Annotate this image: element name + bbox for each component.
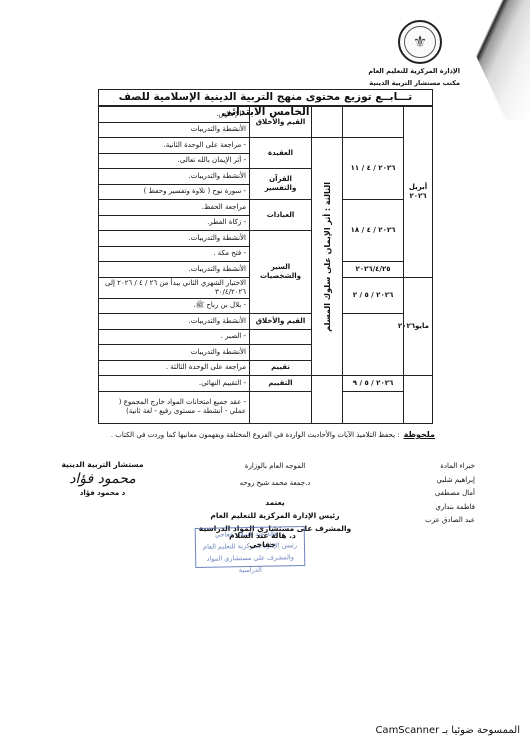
page-fold-shadow xyxy=(450,0,530,120)
approve-label: يعتمد xyxy=(190,496,360,509)
lesson-cell: - سورة نوح ( تلاوة وتفسير وحفظ ) xyxy=(99,184,250,200)
org-line-2: مكتب مستشار التربية الدينية xyxy=(380,79,460,88)
advisor-signature: محمود فؤاد xyxy=(40,471,165,487)
branch-cell: العبادات xyxy=(250,200,312,231)
table-row: - عقد جميع امتحانات المواد خارج المجموع … xyxy=(99,391,433,423)
note: ملحوظة: يحفظ التلاميذ الآيات والأحاديث ا… xyxy=(120,430,435,439)
expert-name: عبد الصادق عزب xyxy=(395,514,475,528)
date-cell: ٢٠٢٦ / ٤ / ١١ xyxy=(343,138,404,200)
date-cell: ٢٠٢٦ / ٥ / ٩ xyxy=(343,376,404,392)
branch-cell: القيم والأخلاق xyxy=(250,107,312,138)
approver-name: د. هالة عبد السلام خفاجي xyxy=(215,531,310,549)
lesson-cell: مراجعة على الوحدة الثالثة . xyxy=(99,360,250,376)
header-logo-block: الإدارة المركزية للتعليم العام مكتب مستش… xyxy=(380,20,460,88)
lesson-cell: الأنشطة والتدريبات. xyxy=(99,262,250,278)
lesson-cell: الأنشطة والتدريبات. xyxy=(99,169,250,185)
lesson-cell: الأنشطة والتدريبات xyxy=(99,345,250,361)
date-cell: ٢٠٢٦ / ٤ / ١٨ xyxy=(343,200,404,262)
approver-role-1: رئيس الإدارة المركزية للتعليم العام xyxy=(190,509,360,522)
expert-name: إبراهيم شلبي xyxy=(395,474,475,488)
branch-cell-empty xyxy=(250,345,312,361)
date-cell: ٢٠٢٦/٤/٢٥ xyxy=(343,262,404,278)
branch-cell-empty xyxy=(250,391,312,423)
advisor-name: د محمود فؤاد xyxy=(40,489,165,497)
table-row: ٢٠٢٦ / ٤ / ١١ الثالثة : أثر الإيمان على … xyxy=(99,138,433,154)
lesson-cell: - أثر الإيمان بالله تعالى. xyxy=(99,153,250,169)
unit-title: الثالثة : أثر الإيمان على سلوك المسلم xyxy=(323,182,332,332)
org-line-1: الإدارة المركزية للتعليم العام xyxy=(380,67,460,76)
month-cell-may: مايو٢٠٢٦ xyxy=(404,277,433,376)
ministry-emblem-icon xyxy=(398,20,442,64)
unit-cell-empty xyxy=(312,376,343,424)
branch-cell-empty xyxy=(250,329,312,345)
note-text: : يحفظ التلاميذ الآيات والأحاديث الواردة… xyxy=(111,431,400,439)
note-label: ملحوظة xyxy=(404,430,435,439)
document-title: تـــابــع توزيع محتوى منهج التربية الدين… xyxy=(98,89,433,106)
date-cell-empty xyxy=(343,107,404,138)
lesson-cell: - التقييم النهائي. xyxy=(99,376,250,392)
supervisor-name: د.جمعة محمد شيخ روحه xyxy=(190,477,360,490)
month-cell-empty xyxy=(404,376,433,424)
lesson-cell: الأنشطة والتدريبات. xyxy=(99,314,250,330)
date-cell-empty xyxy=(343,391,404,423)
supervisor-title: الموجه العام بالوزارة xyxy=(190,460,360,473)
lesson-cell: - زكاة الفطر. xyxy=(99,215,250,231)
branch-cell: التقييم xyxy=(250,376,312,392)
lesson-cell: الأنشطة والتدريبات xyxy=(99,122,250,138)
lesson-cell: - الصبر . xyxy=(99,329,250,345)
date-cell: ٢٠٢٦ / ٥ / ٢ xyxy=(343,277,404,314)
table-row: ٢٠٢٦ / ٥ / ٩ التقييم - التقييم النهائي. xyxy=(99,376,433,392)
lesson-cell: الأنشطة والتدريبات. xyxy=(99,231,250,247)
lesson-cell: مراجعة الحفظ. xyxy=(99,200,250,216)
lesson-cell: - الإخلاص. xyxy=(99,107,250,123)
curriculum-schedule-table: أبريل ٢٠٢٦ القيم والأخلاق - الإخلاص. الأ… xyxy=(98,106,433,424)
date-cell-empty xyxy=(343,314,404,376)
table-row: القيم والأخلاق الأنشطة والتدريبات. xyxy=(99,314,433,330)
supervisor-block: الموجه العام بالوزارة د.جمعة محمد شيخ رو… xyxy=(190,460,360,535)
advisor-block: مستشار التربية الدينية محمود فؤاد د محمو… xyxy=(40,460,165,497)
table-row: ٢٠٢٦ / ٤ / ١٨ العبادات مراجعة الحفظ. xyxy=(99,200,433,216)
table-row: أبريل ٢٠٢٦ القيم والأخلاق - الإخلاص. xyxy=(99,107,433,123)
advisor-title: مستشار التربية الدينية xyxy=(40,460,165,469)
experts-block: خبراء المادة إبراهيم شلبي أمال مصطفى فاط… xyxy=(395,460,475,528)
lesson-cell: - فتح مكة . xyxy=(99,246,250,262)
lesson-cell: - بلال بن رباح ﷺ. xyxy=(99,298,250,314)
expert-name: فاطمة بنداري xyxy=(395,501,475,515)
lesson-cell: الاختبار الشهري الثاني يبدأ من ٢٦ / ٤ / … xyxy=(99,277,250,298)
branch-cell: السير والشخصيات xyxy=(250,231,312,314)
branch-cell: العقيدة xyxy=(250,138,312,169)
month-cell-april: أبريل ٢٠٢٦ xyxy=(404,107,433,278)
lesson-cell: - مراجعة على الوحدة الثانية. xyxy=(99,138,250,154)
lesson-cell: - عقد جميع امتحانات المواد خارج المجموع … xyxy=(99,391,250,423)
branch-cell: القيم والأخلاق xyxy=(250,314,312,330)
experts-title: خبراء المادة xyxy=(395,460,475,474)
camscanner-footer: الممسوحة ضوئيا بـ CamScanner xyxy=(340,725,520,736)
branch-cell: تقييم xyxy=(250,360,312,376)
expert-name: أمال مصطفى xyxy=(395,487,475,501)
branch-cell: القرآن والتفسير xyxy=(250,169,312,200)
unit-cell: الثالثة : أثر الإيمان على سلوك المسلم xyxy=(312,138,343,376)
unit-cell-empty xyxy=(312,107,343,138)
